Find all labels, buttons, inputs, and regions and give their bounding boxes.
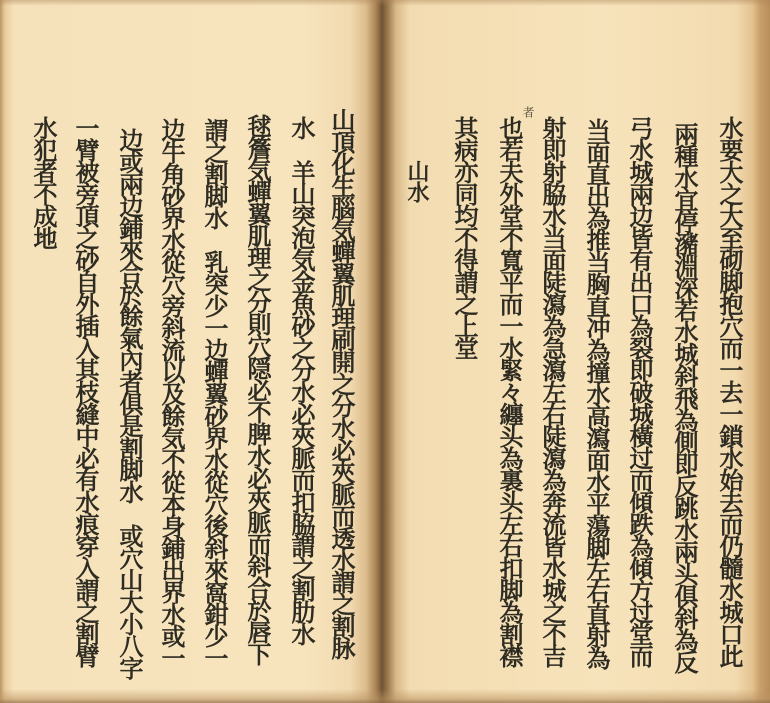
open-manuscript-book: 水要大之大至砌脚抱穴而一去一鎖水始去而仍髓水城口此 兩種水宜停瀦淵深若水城斜飛為… (0, 0, 770, 703)
text-column-l7: 一臂被旁頂之砂自外插入其枝縫中必有水痕穿入謂之割臂 (70, 116, 100, 666)
text-column-l1: 山頂化生腦気蟬翼肌理刷開之分水必夾脈而透水謂之割脉 (326, 108, 356, 658)
text-column-r7: 其病亦同均不得謂之上堂 (449, 116, 479, 358)
page-bottom-edge (0, 689, 770, 703)
text-column-l4: 謂之割脚水 乳突少一边蟬翼砂界水從穴後斜來窩鉗少一 (199, 118, 229, 668)
section-heading: 山水 (405, 160, 433, 202)
text-column-r3: 弓水城兩边皆有出口為裂即破城橫过而傾跌為傾方过堂而 (624, 116, 654, 666)
text-column-r6: 也若夫外堂不寬平而一水緊々纏头為裏头左右扣脚為割襟 (494, 116, 524, 666)
text-column-l8: 水犯者不成地 (28, 116, 58, 248)
right-page: 水要大之大至砌脚抱穴而一去一鎖水始去而仍髓水城口此 兩種水宜停瀦淵深若水城斜飛為… (392, 0, 770, 703)
left-page: 山頂化生腦気蟬翼肌理刷開之分水必夾脈而透水謂之割脉 水 羊山突泡気金魚砂之分水必… (0, 0, 378, 703)
text-column-l2: 水 羊山突泡気金魚砂之分水必夾脈而扣脇謂之割肋水 (286, 116, 316, 644)
text-column-l3: 毬簷気蟬翼肌理之分則穴隠必不脾水必夾脈而斜合於唇下 (242, 114, 272, 664)
text-column-l6: 边或兩边鋪來合於餘氣內者俱是割脚水 或穴山大小八字 (114, 128, 144, 678)
text-column-r1: 水要大之大至砌脚抱穴而一去一鎖水始去而仍髓水城口此 (714, 116, 744, 666)
text-column-r5: 射即射脇水当面陡瀉為急瀉左右陡瀉為奔流皆水城之不吉 (537, 116, 567, 666)
text-column-l5: 边牛角砂界水從穴旁斜流以及餘気不從本身鋪出界水或一 (156, 118, 186, 668)
text-column-r2: 兩種水宜停瀦淵深若水城斜飛為側即反跳水兩头俱斜為反 (669, 122, 699, 672)
text-column-r4: 当面直出為推当胸直冲為撞水高瀉面水平蕩脚左右直射為 (581, 118, 611, 668)
